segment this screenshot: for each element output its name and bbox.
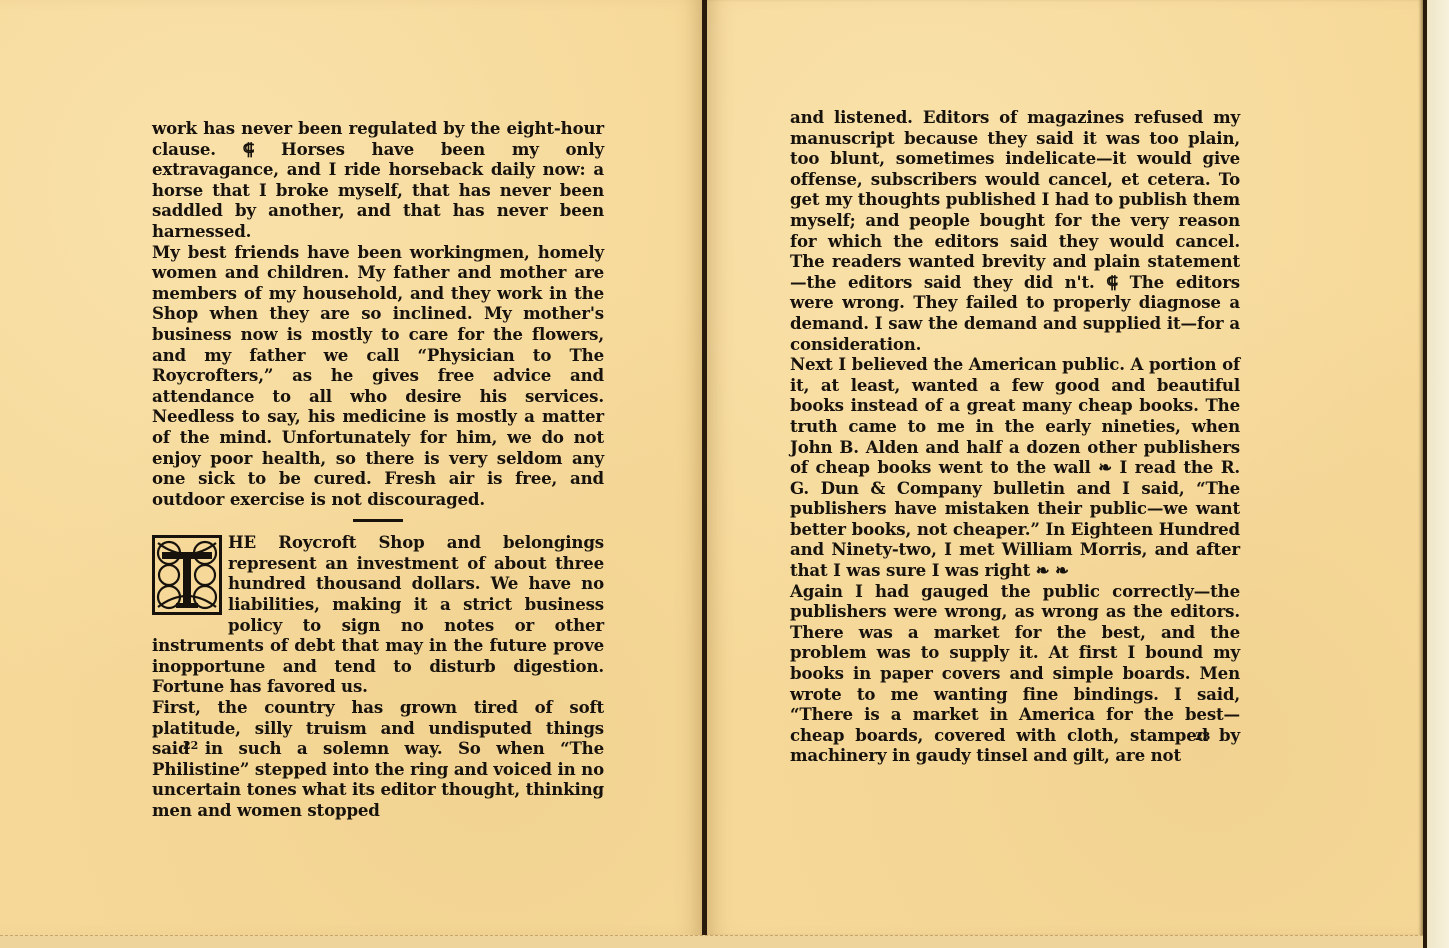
left-page-text: work has never been regulated by the eig… <box>152 118 604 821</box>
paragraph: My best friends have been workingmen, ho… <box>152 242 604 510</box>
paragraph: Next I believed the American public. A p… <box>790 354 1240 581</box>
open-book-spread: work has never been regulated by the eig… <box>0 0 1449 948</box>
paragraph-with-dropcap: HE Roycroft Shop and belongings represen… <box>152 532 604 697</box>
ornamental-dropcap-t-icon <box>152 535 222 615</box>
page-number: 22 <box>183 739 198 752</box>
paragraph: and listened. Editors of magazines refus… <box>790 107 1240 354</box>
right-page-text: and listened. Editors of magazines refus… <box>790 107 1240 766</box>
paragraph: First, the country has grown tired of so… <box>152 697 604 821</box>
section-divider <box>353 519 403 522</box>
underlying-leaf <box>1427 0 1449 948</box>
bottom-page-edge <box>0 935 1423 948</box>
paragraph-text: and listened. Editors of magazines refus… <box>790 107 1240 292</box>
paragraph-mark-icon: ⸿ <box>1106 272 1118 292</box>
paragraph-mark-icon: ⸿ <box>243 139 255 159</box>
paragraph: work has never been regulated by the eig… <box>152 118 604 242</box>
page-number: 23 <box>1195 730 1210 743</box>
paragraph: Again I had gauged the public correctly—… <box>790 581 1240 766</box>
